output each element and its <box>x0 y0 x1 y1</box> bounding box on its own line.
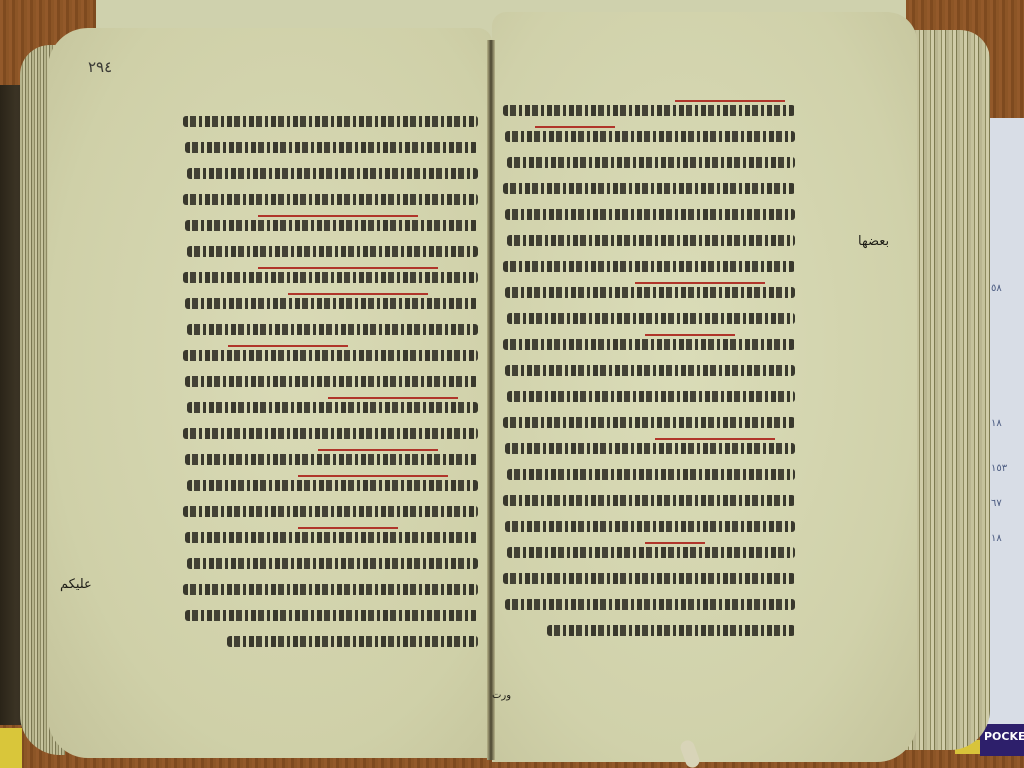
handwritten-text <box>503 261 795 272</box>
manuscript-line <box>180 498 478 524</box>
manuscript-line <box>500 591 795 617</box>
handwritten-text <box>187 558 478 569</box>
manuscript-line <box>500 383 795 409</box>
manuscript-line <box>180 212 478 238</box>
rubric-overline <box>635 282 765 284</box>
handwritten-text <box>183 116 478 127</box>
handwritten-text <box>503 105 795 116</box>
rubric-overline <box>645 334 735 336</box>
card-number: ١٨ <box>991 418 1002 429</box>
card-number: ٥٨ <box>991 283 1002 294</box>
manuscript-line <box>500 149 795 175</box>
right-page-stack <box>905 30 990 750</box>
rubric-overline <box>228 345 348 347</box>
catchword-right: ورت <box>492 690 511 701</box>
handwritten-text <box>185 298 478 309</box>
index-card: ٥٨ ١٨ ١٥٣ ٦٧ ١٨ <box>985 118 1024 728</box>
handwritten-text <box>547 625 795 636</box>
handwritten-text <box>187 402 478 413</box>
handwritten-text <box>507 547 795 558</box>
rubric-overline <box>258 215 418 217</box>
margin-note-right: بعضها <box>858 234 889 249</box>
handwritten-text <box>227 636 478 647</box>
rubric-overline <box>318 449 438 451</box>
manuscript-line <box>500 409 795 435</box>
rubric-overline <box>535 126 615 128</box>
handwritten-text <box>183 194 478 205</box>
handwritten-text <box>503 183 795 194</box>
rubric-overline <box>258 267 438 269</box>
rubric-overline <box>298 475 448 477</box>
manuscript-line <box>500 617 795 643</box>
handwritten-text <box>505 131 795 142</box>
manuscript-line <box>500 97 795 123</box>
handwritten-text <box>185 142 478 153</box>
manuscript-line <box>180 550 478 576</box>
manuscript-line <box>500 227 795 253</box>
manuscript-line <box>500 331 795 357</box>
manuscript-line <box>180 368 478 394</box>
card-number: ٦٧ <box>991 498 1002 509</box>
handwritten-text <box>187 246 478 257</box>
manuscript-line <box>500 175 795 201</box>
rubric-overline <box>645 542 705 544</box>
handwritten-text <box>185 454 478 465</box>
manuscript-line <box>180 290 478 316</box>
handwritten-text <box>505 287 795 298</box>
handwritten-text <box>183 506 478 517</box>
catchword-left: عليكم <box>60 577 92 592</box>
handwritten-text <box>505 365 795 376</box>
rubric-overline <box>288 293 428 295</box>
card-number: ١٨ <box>991 533 1002 544</box>
handwritten-text <box>187 480 478 491</box>
manuscript-line <box>500 123 795 149</box>
handwritten-text <box>185 220 478 231</box>
handwritten-text <box>507 391 795 402</box>
handwritten-text <box>503 573 795 584</box>
rubric-overline <box>655 438 775 440</box>
manuscript-line <box>180 394 478 420</box>
manuscript-line <box>500 305 795 331</box>
handwritten-text <box>507 157 795 168</box>
manuscript-line <box>180 446 478 472</box>
manuscript-line <box>180 628 478 654</box>
manuscript-line <box>180 524 478 550</box>
manuscript-line <box>500 357 795 383</box>
manuscript-line <box>500 201 795 227</box>
handwritten-text <box>185 532 478 543</box>
card-number: ١٥٣ <box>991 463 1007 474</box>
rubric-overline <box>298 527 398 529</box>
manuscript-line <box>180 264 478 290</box>
handwritten-text <box>505 209 795 220</box>
manuscript-line <box>180 160 478 186</box>
manuscript-line <box>180 342 478 368</box>
rubric-overline <box>328 397 458 399</box>
page-number: ٢٩٤ <box>88 58 112 76</box>
manuscript-line <box>180 472 478 498</box>
handwritten-text <box>503 417 795 428</box>
handwritten-text <box>507 469 795 480</box>
manuscript-line <box>180 134 478 160</box>
handwritten-text <box>505 521 795 532</box>
handwritten-text <box>187 168 478 179</box>
handwritten-text <box>507 313 795 324</box>
handwritten-text <box>183 350 478 361</box>
manuscript-line <box>180 576 478 602</box>
handwritten-text <box>187 324 478 335</box>
handwritten-text <box>183 584 478 595</box>
right-page-text <box>500 97 795 643</box>
manuscript-line <box>500 461 795 487</box>
manuscript-line <box>500 279 795 305</box>
handwritten-text <box>183 272 478 283</box>
manuscript-line <box>500 487 795 513</box>
handwritten-text <box>505 599 795 610</box>
left-page-text <box>180 108 478 654</box>
handwritten-text <box>507 235 795 246</box>
manuscript-line <box>180 238 478 264</box>
handwritten-text <box>185 376 478 387</box>
handwritten-text <box>185 610 478 621</box>
manuscript-line <box>180 602 478 628</box>
book-gutter <box>487 40 495 760</box>
manuscript-line <box>500 435 795 461</box>
handwritten-text <box>503 339 795 350</box>
manuscript-line <box>500 253 795 279</box>
manuscript-line <box>180 316 478 342</box>
manuscript-line <box>180 108 478 134</box>
manuscript-line <box>180 186 478 212</box>
handwritten-text <box>503 495 795 506</box>
pocket-label: POCKE <box>980 724 1024 756</box>
rubric-overline <box>675 100 785 102</box>
manuscript-line <box>500 539 795 565</box>
handwritten-text <box>505 443 795 454</box>
manuscript-line <box>500 565 795 591</box>
handwritten-text <box>183 428 478 439</box>
manuscript-line <box>180 420 478 446</box>
yellow-object <box>0 728 22 768</box>
manuscript-line <box>500 513 795 539</box>
